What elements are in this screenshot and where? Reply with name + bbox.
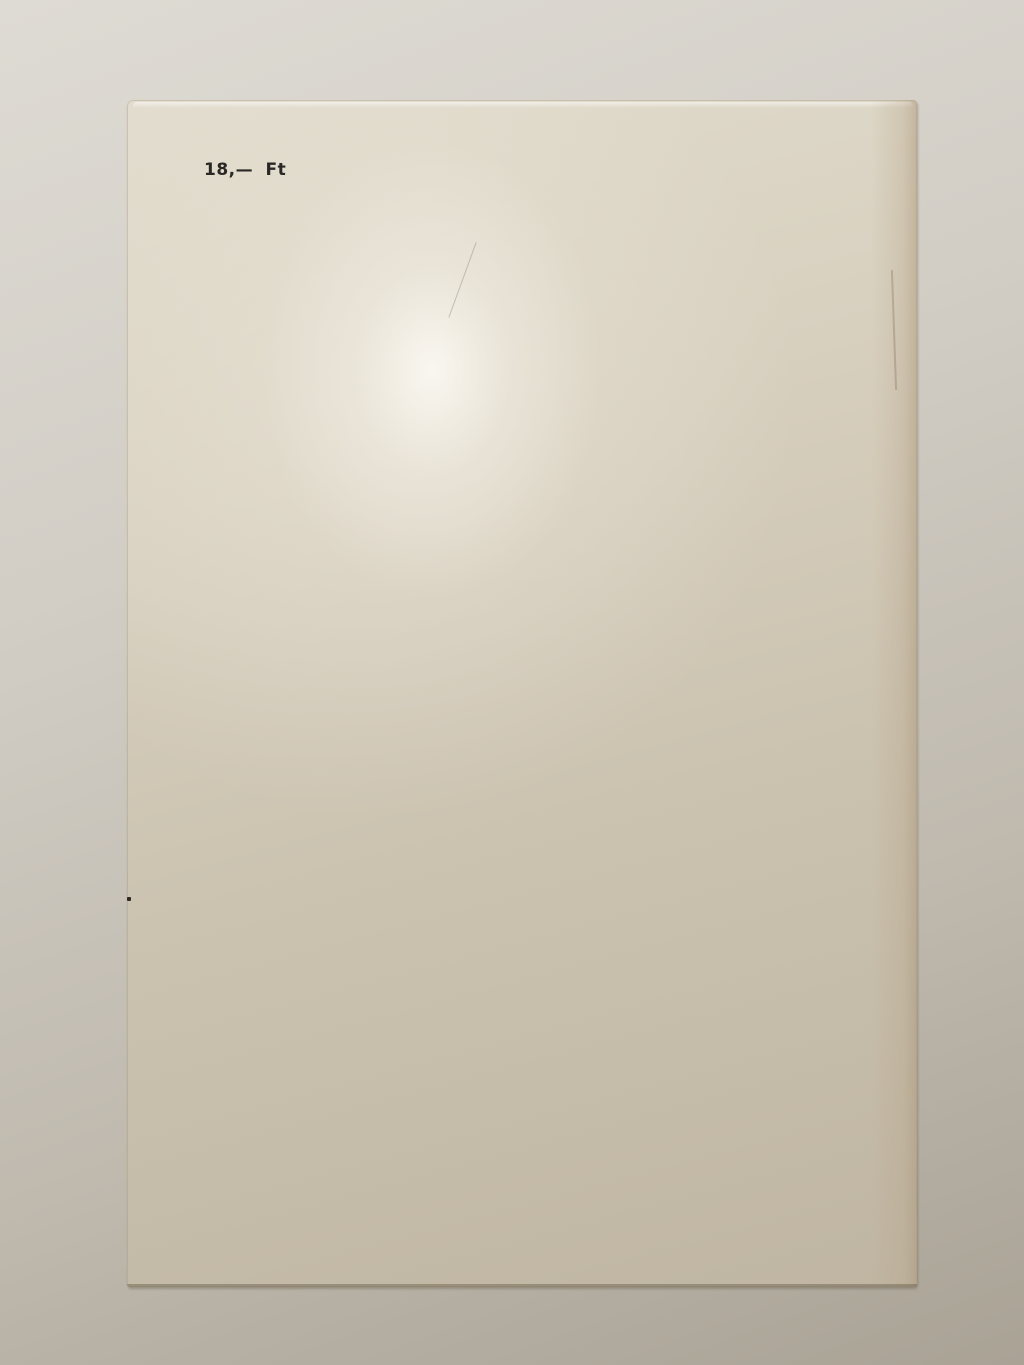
cover-top-edge	[133, 102, 913, 108]
cover-bottom-edge	[127, 1284, 917, 1287]
cover-spot-mark	[127, 897, 131, 901]
price-label: 18,— Ft	[204, 160, 286, 180]
cover-scratch	[448, 242, 476, 318]
cover-worn-right-edge	[871, 100, 917, 1287]
book-back-cover: 18,— Ft	[127, 100, 917, 1287]
